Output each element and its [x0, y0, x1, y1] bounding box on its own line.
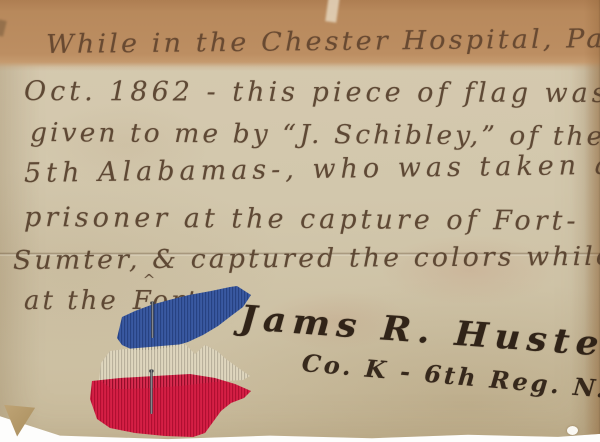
pin-highlight — [152, 302, 153, 338]
handwriting-line-2: Oct. 1862 - this piece of flag was — [24, 76, 600, 109]
handwriting-line-6: Sumter, & captured the colors while — [13, 242, 600, 276]
handwriting-line-4: 5th Alabamas-, who was taken a — [24, 150, 600, 189]
flag-fragment — [85, 283, 265, 442]
pin-highlight — [151, 370, 152, 414]
signature: Jams R. Husted — [239, 298, 600, 367]
handwriting-line-3: given to me by “J. Schibley,” of the — [30, 118, 600, 152]
photograph-of-note: While in the Chester Hospital, Pa, Oct. … — [0, 0, 600, 442]
handwriting-line-5: prisoner at the capture of Fort- — [24, 202, 580, 237]
ribbon-red-texture — [90, 374, 251, 437]
ribbon-stripes — [90, 286, 251, 437]
ribbon-blue-texture — [117, 286, 251, 350]
paper-chip — [567, 426, 578, 435]
handwriting-line-1: While in the Chester Hospital, Pa, — [46, 24, 600, 60]
